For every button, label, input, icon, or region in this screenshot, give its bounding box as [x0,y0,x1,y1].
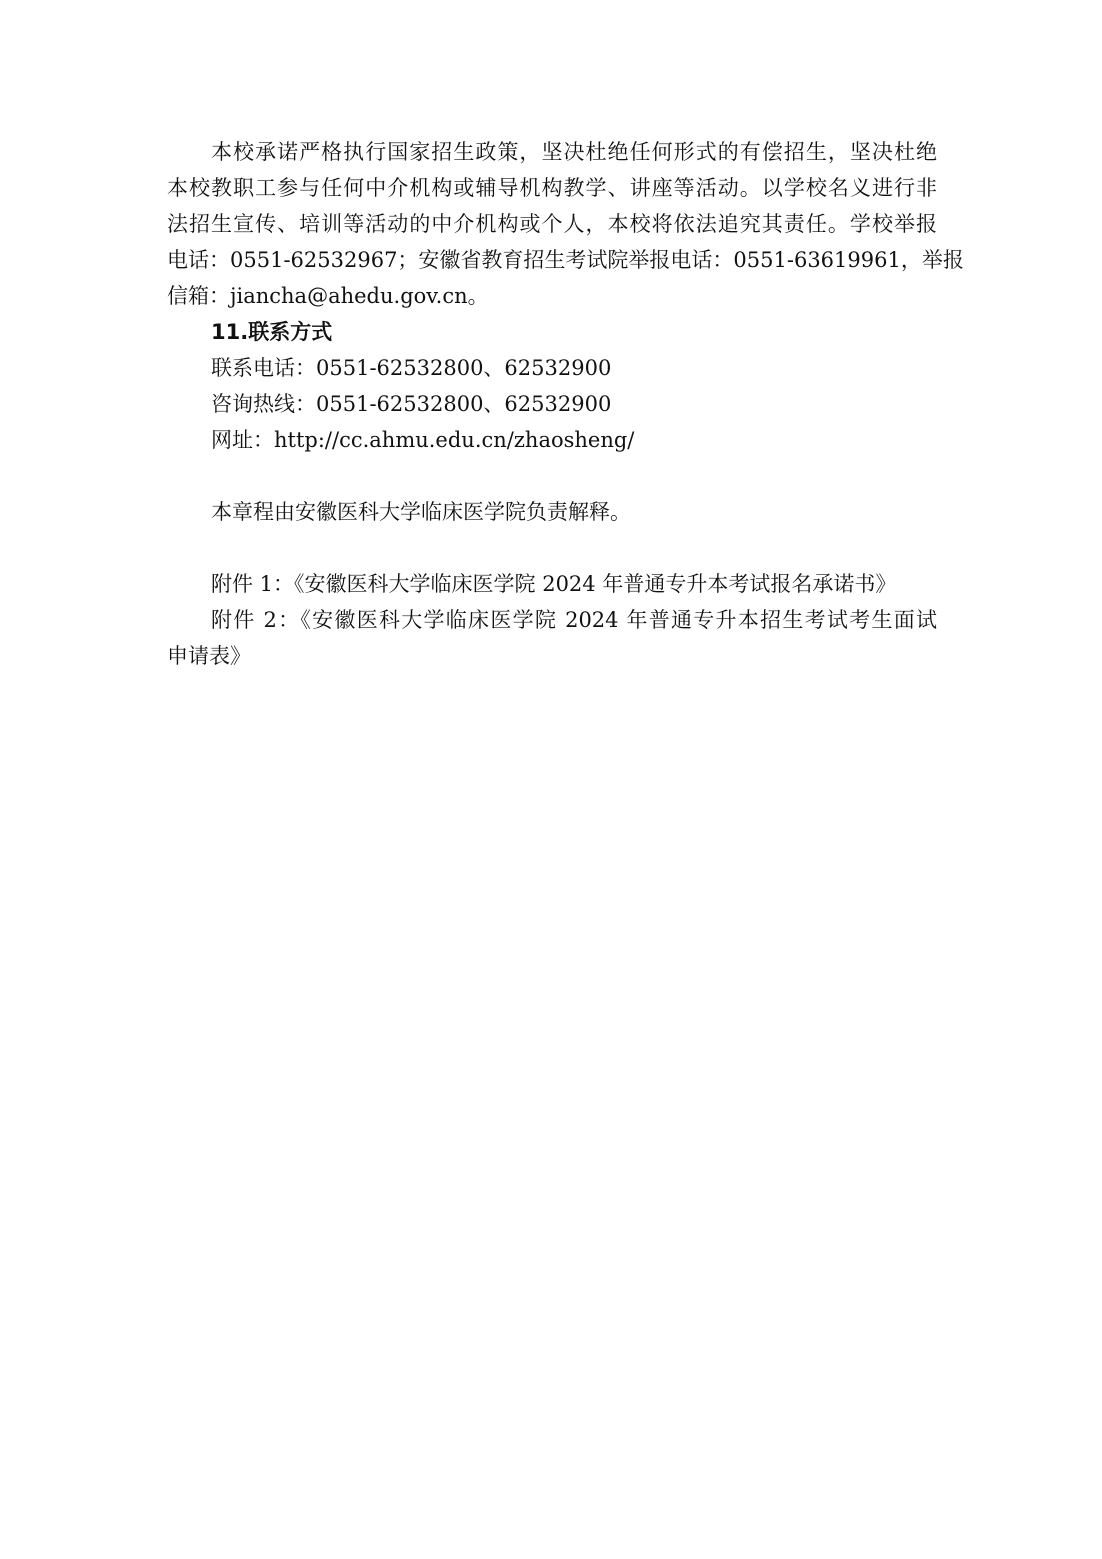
contact-website: 网址：http://cc.ahmu.edu.cn/zhaosheng/ [211,422,634,458]
contact-hotline: 咨询热线：0551-62532800、62532900 [211,386,611,422]
policy-line-3: 法招生宣传、培训等活动的中介机构或个人，本校将依法追究其责任。学校举报 [167,206,937,242]
attachment-1: 附件 1：《安徽医科大学临床医学院 2024 年普通专升本考试报名承诺书》 [211,566,896,602]
policy-line-5: 信箱：jiancha@ahedu.gov.cn。 [167,278,489,314]
attachment-2-line-1: 附件 2：《安徽医科大学临床医学院 2024 年普通专升本招生考试考生面试 [211,602,937,638]
attachment-2-line-2: 申请表》 [167,638,251,674]
contact-phone: 联系电话：0551-62532800、62532900 [211,350,611,386]
interpretation-note: 本章程由安徽医科大学临床医学院负责解释。 [211,494,631,530]
policy-line-2: 本校教职工参与任何中介机构或辅导机构教学、讲座等活动。以学校名义进行非 [167,170,937,206]
policy-line-4: 电话：0551-62532967；安徽省教育招生考试院举报电话：0551-636… [167,242,937,278]
policy-line-1: 本校承诺严格执行国家招生政策，坚决杜绝任何形式的有偿招生，坚决杜绝 [211,134,937,170]
contact-heading: 11.联系方式 [211,314,332,350]
